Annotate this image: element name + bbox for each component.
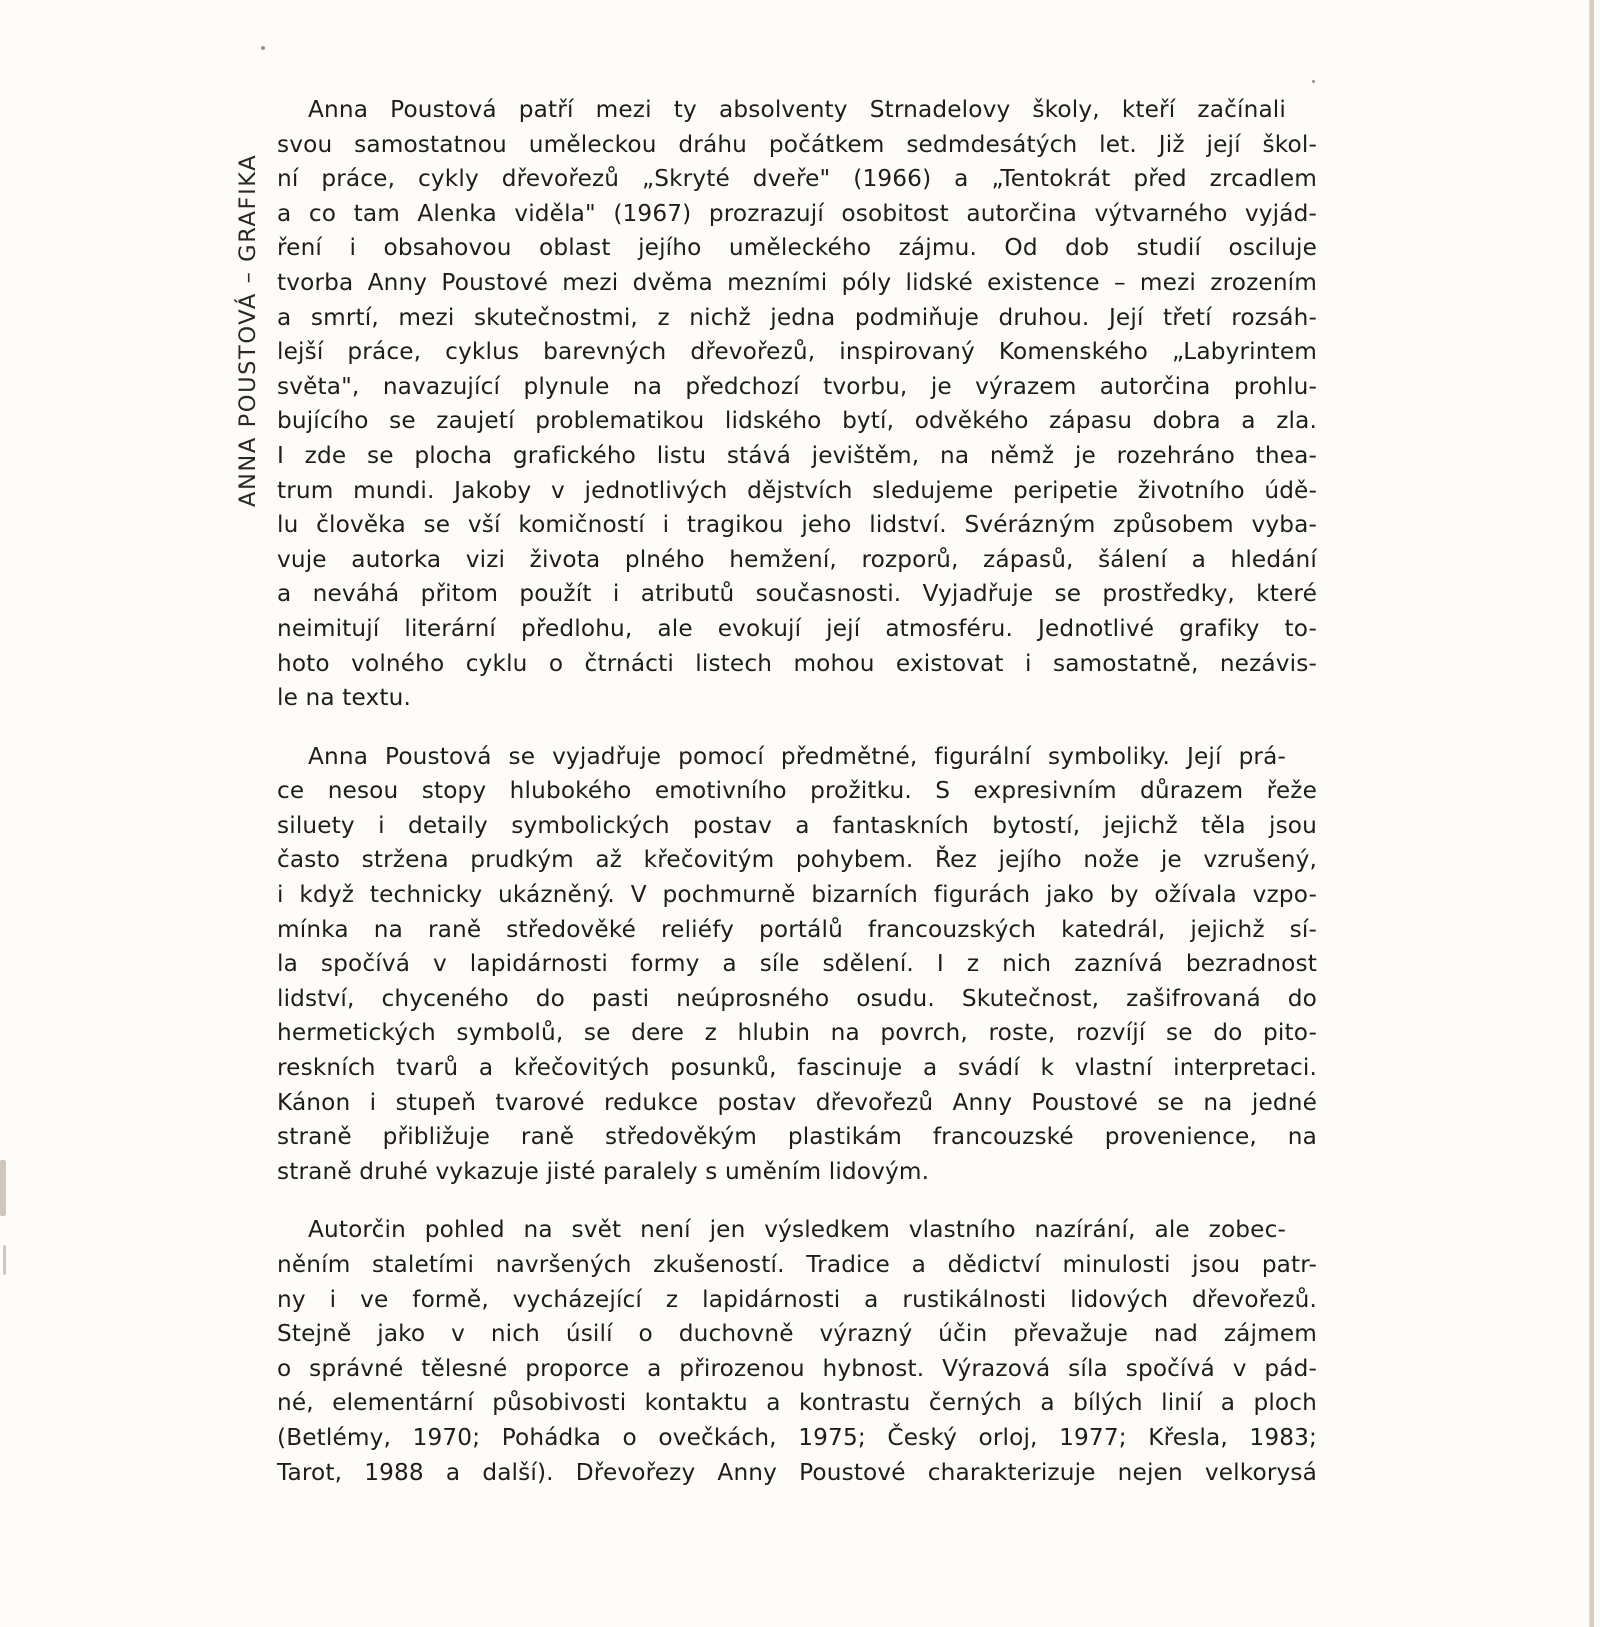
text-line: lejší práce, cyklus barevných dřevořezů,… bbox=[277, 335, 1317, 370]
text-line: straně přibližuje raně středověkým plast… bbox=[277, 1120, 1317, 1155]
page-edge-shadow bbox=[1594, 0, 1600, 1627]
text-line: tvorba Anny Poustové mezi dvěma mezními … bbox=[277, 266, 1317, 301]
text-line: a smrtí, mezi skutečnostmi, z nichž jedn… bbox=[277, 301, 1317, 336]
scan-speck bbox=[261, 46, 265, 50]
text-line: I zde se plocha grafického listu stává j… bbox=[277, 439, 1317, 474]
text-line: mínka na raně středověké reliéfy portálů… bbox=[277, 913, 1317, 948]
text-line: něním staletími navršených zkušeností. T… bbox=[277, 1248, 1317, 1283]
binding-mark bbox=[3, 1245, 6, 1275]
text-line: né, elementární působivosti kontaktu a k… bbox=[277, 1386, 1317, 1421]
binding-mark bbox=[0, 1160, 6, 1216]
text-line: a co tam Alenka viděla" (1967) prozrazuj… bbox=[277, 197, 1317, 232]
text-line: Anna Poustová patří mezi ty absolventy S… bbox=[277, 93, 1317, 128]
text-line: neimitují literární předlohu, ale evokuj… bbox=[277, 612, 1317, 647]
body-text: Anna Poustová patří mezi ty absolventy S… bbox=[277, 93, 1317, 1490]
text-line: Autorčin pohled na svět není jen výsledk… bbox=[277, 1213, 1317, 1248]
paragraph-1: Anna Poustová patří mezi ty absolventy S… bbox=[277, 93, 1317, 716]
text-line: Stejně jako v nich úsilí o duchovně výra… bbox=[277, 1317, 1317, 1352]
text-line: ní práce, cykly dřevořezů „Skryté dveře"… bbox=[277, 162, 1317, 197]
text-line: ny i ve formě, vycházející z lapidárnost… bbox=[277, 1283, 1317, 1318]
text-line: la spočívá v lapidárnosti formy a síle s… bbox=[277, 947, 1317, 982]
text-line: často stržena prudkým až křečovitým pohy… bbox=[277, 843, 1317, 878]
text-line: a neváhá přitom použít i atributů součas… bbox=[277, 577, 1317, 612]
text-line: (Betlémy, 1970; Pohádka o ovečkách, 1975… bbox=[277, 1421, 1317, 1456]
text-line: světa", navazující plynule na předchozí … bbox=[277, 370, 1317, 405]
text-line: lidství, chyceného do pasti neúprosného … bbox=[277, 982, 1317, 1017]
text-line: Anna Poustová se vyjadřuje pomocí předmě… bbox=[277, 740, 1317, 775]
text-line: o správné tělesné proporce a přirozenou … bbox=[277, 1352, 1317, 1387]
text-line: siluety i detaily symbolických postav a … bbox=[277, 809, 1317, 844]
book-page: ANNA POUSTOVÁ – GRAFIKA Anna Poustová pa… bbox=[0, 0, 1600, 1627]
paragraph-2: Anna Poustová se vyjadřuje pomocí předmě… bbox=[277, 740, 1317, 1190]
text-line: reskních tvarů a křečovitých posunků, fa… bbox=[277, 1051, 1317, 1086]
running-side-title: ANNA POUSTOVÁ – GRAFIKA bbox=[237, 154, 260, 507]
text-line: ření i obsahovou oblast jejího uměleckéh… bbox=[277, 231, 1317, 266]
text-line: vuje autorka vizi života plného hemžení,… bbox=[277, 543, 1317, 578]
text-line: hermetických symbolů, se dere z hlubin n… bbox=[277, 1016, 1317, 1051]
text-line: svou samostatnou uměleckou dráhu počátke… bbox=[277, 128, 1317, 163]
text-line: Kánon i stupeň tvarové redukce postav dř… bbox=[277, 1086, 1317, 1121]
text-line: Tarot, 1988 a další). Dřevořezy Anny Pou… bbox=[277, 1456, 1317, 1491]
paragraph-3: Autorčin pohled na svět není jen výsledk… bbox=[277, 1213, 1317, 1490]
text-line: i když technicky ukázněný. V pochmurně b… bbox=[277, 878, 1317, 913]
text-line: straně druhé vykazuje jisté paralely s u… bbox=[277, 1155, 1317, 1190]
scan-speck bbox=[1312, 80, 1315, 83]
text-line: hoto volného cyklu o čtrnácti listech mo… bbox=[277, 647, 1317, 682]
text-line: bujícího se zaujetí problematikou lidské… bbox=[277, 404, 1317, 439]
text-line: trum mundi. Jakoby v jednotlivých dějstv… bbox=[277, 474, 1317, 509]
text-line: le na textu. bbox=[277, 681, 1317, 716]
text-line: ce nesou stopy hlubokého emotivního prož… bbox=[277, 774, 1317, 809]
text-line: lu člověka se vší komičností i tragikou … bbox=[277, 508, 1317, 543]
